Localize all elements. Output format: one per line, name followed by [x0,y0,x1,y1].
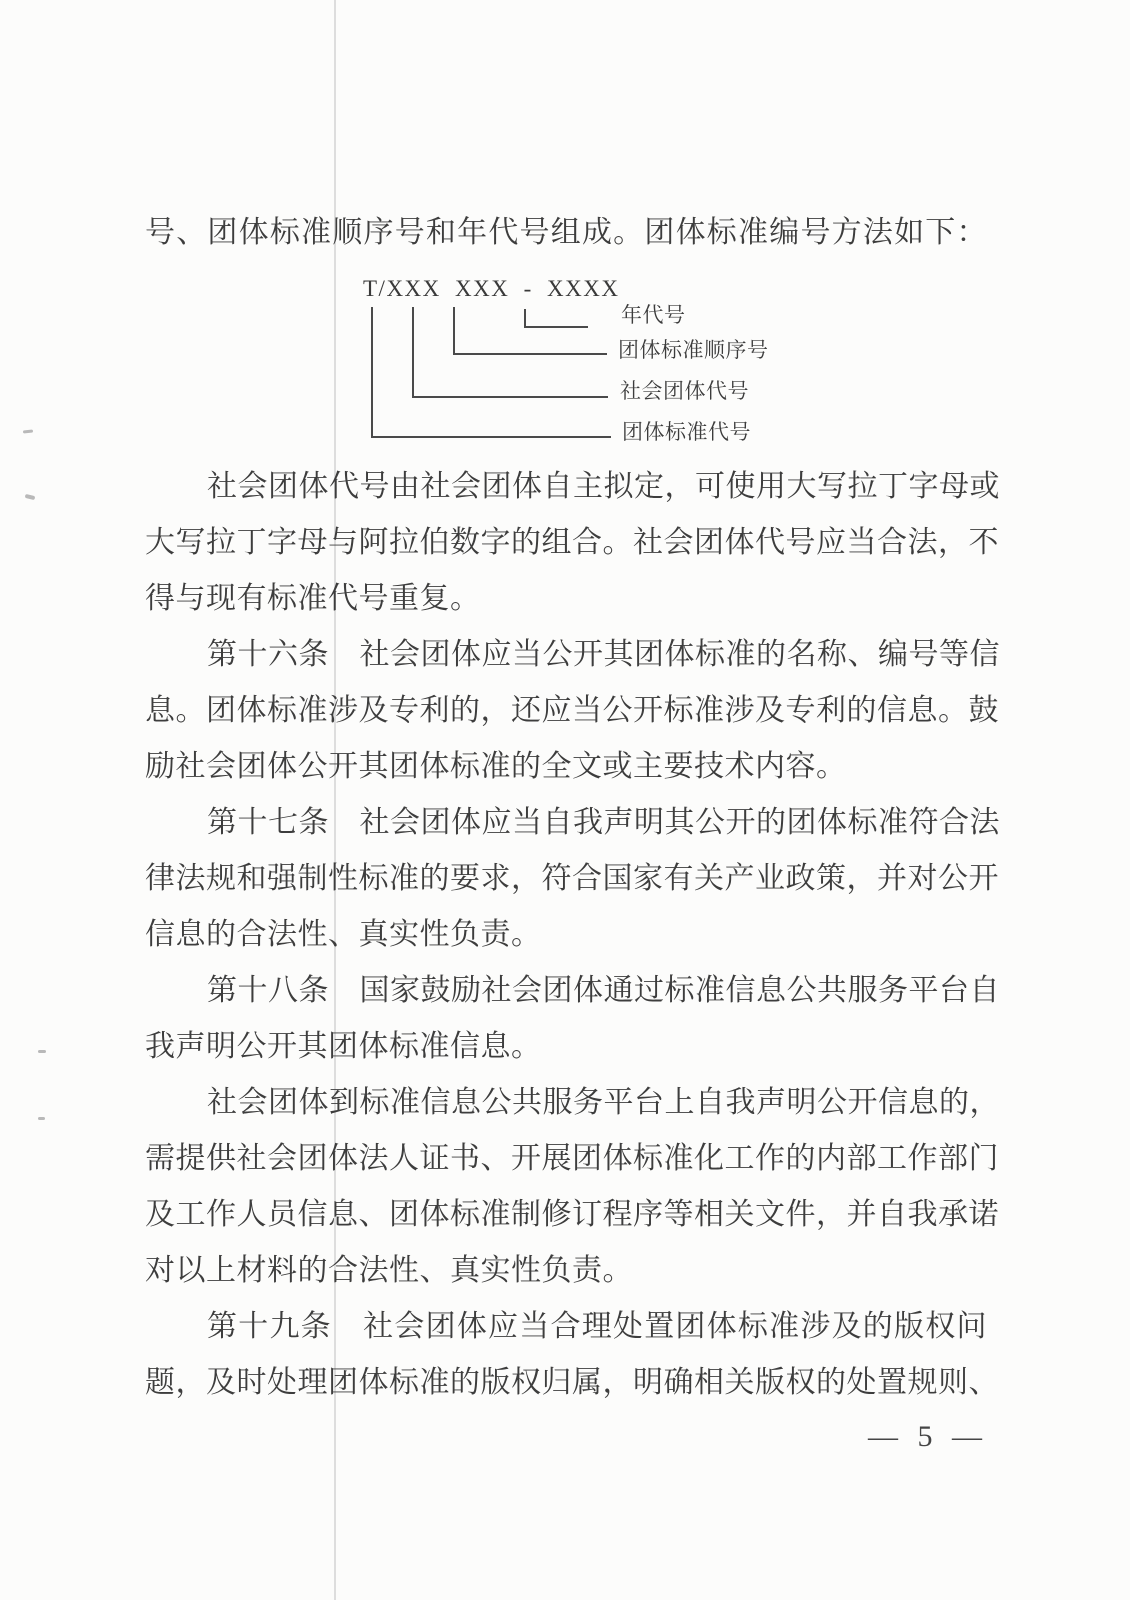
diagram-line-sequence-horizontal [453,353,607,355]
standard-numbering-diagram: T/XXX XXX - XXXX 年代号 团体标准顺序号 社会团体代号 团体标准… [0,0,1130,460]
diagram-label-social-org: 社会团体代号 [620,375,749,405]
text-line: 大写拉丁字母与阿拉伯数字的组合。社会团体代号应当合法，不 [145,515,987,571]
text-line: 需提供社会团体法人证书、开展团体标准化工作的内部工作部门 [145,1131,987,1187]
paragraph-article-17: 第十七条 社会团体应当自我声明其公开的团体标准符合法 律法规和强制性标准的要求，… [145,795,987,963]
diagram-line-sequence-vertical [453,307,455,355]
diagram-line-social-org-vertical [412,307,414,398]
text-line: 第十七条 社会团体应当自我声明其公开的团体标准符合法 [145,795,987,851]
body-text: 社会团体代号由社会团体自主拟定，可使用大写拉丁字母或 大写拉丁字母与阿拉伯数字的… [145,459,987,1411]
text-line: 得与现有标准代号重复。 [145,571,987,627]
text-line: 社会团体到标准信息公共服务平台上自我声明公开信息的， [145,1075,987,1131]
diagram-line-social-org-horizontal [412,396,608,398]
text-line: 第十六条 社会团体应当公开其团体标准的名称、编号等信 [145,627,987,683]
standard-number-code: T/XXX XXX - XXXX [363,276,619,302]
page-number: — 5 — [868,1420,988,1454]
diagram-label-sequence: 团体标准顺序号 [618,334,769,364]
text-line: 社会团体代号由社会团体自主拟定，可使用大写拉丁字母或 [145,459,987,515]
text-line: 律法规和强制性标准的要求，符合国家有关产业政策，并对公开 [145,851,987,907]
text-line: 及工作人员信息、团体标准制修订程序等相关文件，并自我承诺 [145,1187,987,1243]
text-line: 信息的合法性、真实性负责。 [145,907,987,963]
paragraph-social-org-code: 社会团体代号由社会团体自主拟定，可使用大写拉丁字母或 大写拉丁字母与阿拉伯数字的… [145,459,987,627]
scan-speck [38,1050,46,1053]
diagram-line-group-standard-vertical [371,307,373,438]
diagram-line-year-horizontal [524,326,588,328]
text-line: 励社会团体公开其团体标准的全文或主要技术内容。 [145,739,987,795]
scan-speck [25,494,36,500]
text-line: 第十九条 社会团体应当合理处置团体标准涉及的版权问 [145,1299,987,1355]
text-line: 第十八条 国家鼓励社会团体通过标准信息公共服务平台自 [145,963,987,1019]
scan-speck [38,1117,45,1120]
diagram-line-group-standard-horizontal [371,436,611,438]
diagram-label-year: 年代号 [621,299,686,329]
scanned-document-page: 号、团体标准顺序号和年代号组成。团体标准编号方法如下： T/XXX XXX - … [0,0,1130,1600]
paragraph-article-19: 第十九条 社会团体应当合理处置团体标准涉及的版权问 题，及时处理团体标准的版权归… [145,1299,987,1411]
paragraph-article-18: 第十八条 国家鼓励社会团体通过标准信息公共服务平台自 我声明公开其团体标准信息。 [145,963,987,1075]
text-line: 题，及时处理团体标准的版权归属，明确相关版权的处置规则、 [145,1355,987,1411]
paragraph-platform-declaration: 社会团体到标准信息公共服务平台上自我声明公开信息的， 需提供社会团体法人证书、开… [145,1075,987,1299]
paragraph-article-16: 第十六条 社会团体应当公开其团体标准的名称、编号等信 息。团体标准涉及专利的，还… [145,627,987,795]
text-line: 对以上材料的合法性、真实性负责。 [145,1243,987,1299]
text-line: 我声明公开其团体标准信息。 [145,1019,987,1075]
text-line: 息。团体标准涉及专利的，还应当公开标准涉及专利的信息。鼓 [145,683,987,739]
diagram-label-group-standard: 团体标准代号 [622,416,751,446]
